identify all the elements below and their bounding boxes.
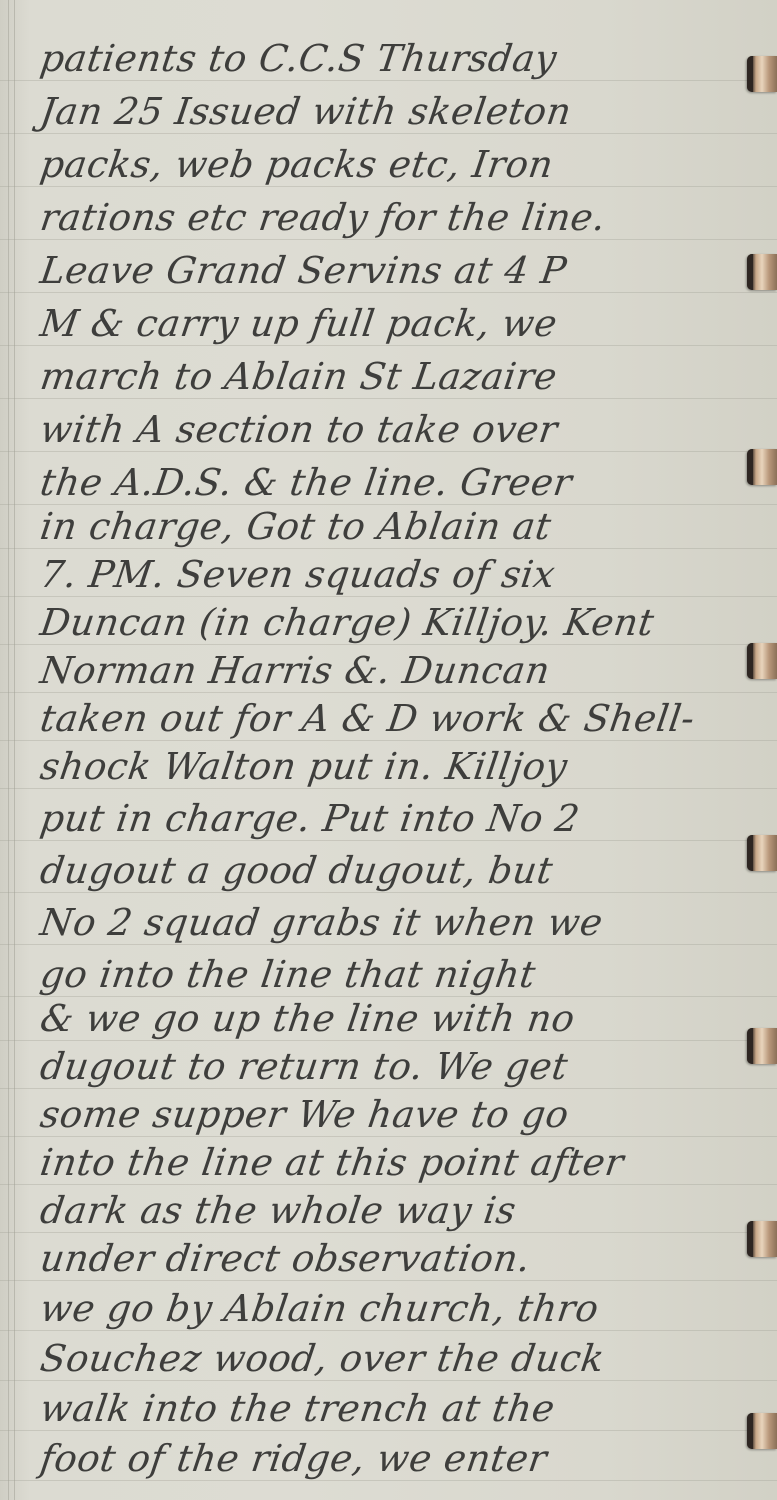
text-line: Leave Grand Servins at 4 P <box>38 252 569 289</box>
text-line: & we go up the line with no <box>38 1000 577 1037</box>
text-line: some supper We have to go <box>38 1096 571 1133</box>
text-line: dugout a good dugout, but <box>38 852 555 889</box>
ruled-line <box>0 1480 777 1481</box>
text-line: put in charge. Put into No 2 <box>38 800 582 837</box>
ruled-line <box>0 1040 777 1041</box>
binding-ring <box>747 56 777 92</box>
text-line: walk into the trench at the <box>38 1390 557 1427</box>
ruled-line <box>0 292 777 293</box>
binding-ring <box>747 643 777 679</box>
binding-ring <box>747 1221 777 1257</box>
text-line: No 2 squad grabs it when we <box>38 904 605 941</box>
text-line: we go by Ablain church, thro <box>38 1290 601 1327</box>
text-line: Jan 25 Issued with skeleton <box>38 93 574 130</box>
ruled-line <box>0 644 777 645</box>
ruled-line <box>0 398 777 399</box>
text-line: in charge, Got to Ablain at <box>38 508 554 545</box>
text-line: dugout to return to. We get <box>38 1048 570 1085</box>
ruled-line <box>0 345 777 346</box>
ruled-line <box>0 133 777 134</box>
text-line: dark as the whole way is <box>38 1192 518 1229</box>
ruled-line <box>0 692 777 693</box>
ruled-line <box>0 1136 777 1137</box>
text-line: the A.D.S. & the line. Greer <box>38 464 574 501</box>
ruled-line <box>0 1184 777 1185</box>
text-line: shock Walton put in. Killjoy <box>38 748 570 785</box>
ruled-line <box>0 840 777 841</box>
text-line: M & carry up full pack, we <box>38 305 560 342</box>
text-line: with A section to take over <box>38 411 560 448</box>
text-line: go into the line that night <box>38 956 538 993</box>
text-line: patients to C.C.S Thursday <box>38 40 559 77</box>
ruled-line <box>0 1232 777 1233</box>
text-line: 7. PM. Seven squads of six <box>38 556 558 593</box>
text-line: under direct observation. <box>38 1240 533 1277</box>
text-line: foot of the ridge, we enter <box>38 1440 549 1477</box>
diary-page: patients to C.C.S Thursday Jan 25 Issued… <box>0 0 777 1500</box>
ruled-line <box>0 1088 777 1089</box>
ruled-line <box>0 892 777 893</box>
ruled-line <box>0 451 777 452</box>
margin-rule <box>8 0 9 1500</box>
ruled-line <box>0 80 777 81</box>
margin-rule <box>14 0 15 1500</box>
ruled-line <box>0 548 777 549</box>
ruled-line <box>0 788 777 789</box>
binding-ring <box>747 1028 777 1064</box>
ruled-line <box>0 239 777 240</box>
ruled-line <box>0 944 777 945</box>
text-line: march to Ablain St Lazaire <box>38 358 560 395</box>
binding-ring <box>747 1413 777 1449</box>
ruled-line <box>0 186 777 187</box>
ruled-line <box>0 1280 777 1281</box>
ruled-line <box>0 740 777 741</box>
binding-ring <box>747 254 777 290</box>
text-line: Duncan (in charge) Killjoy. Kent <box>38 604 656 641</box>
ruled-line <box>0 596 777 597</box>
text-line: packs, web packs etc, Iron <box>38 146 556 183</box>
text-line: rations etc ready for the line. <box>38 199 608 236</box>
text-line: into the line at this point after <box>38 1144 626 1181</box>
binding-ring <box>747 835 777 871</box>
text-line: Norman Harris &. Duncan <box>38 652 552 689</box>
ruled-line <box>0 1430 777 1431</box>
ruled-line <box>0 1330 777 1331</box>
text-line: taken out for A & D work & Shell- <box>38 700 697 737</box>
ruled-line <box>0 1380 777 1381</box>
binding-ring <box>747 449 777 485</box>
text-line: Souchez wood, over the duck <box>38 1340 607 1377</box>
